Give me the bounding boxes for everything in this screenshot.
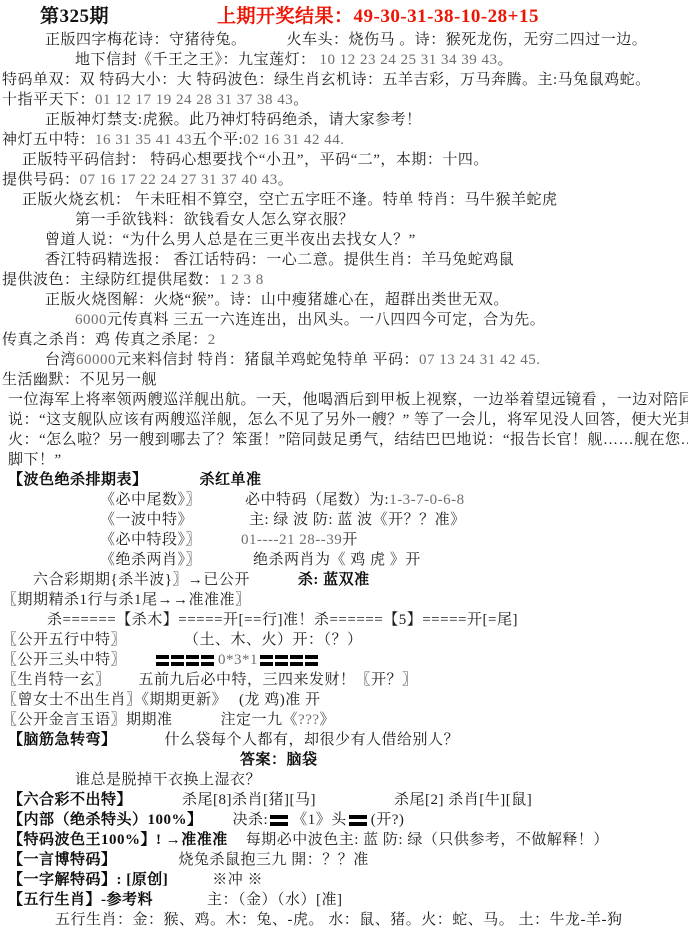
flat-envelope-text: 正版特平码信封： 特码心想要找个“小丑”，平码“二”，本期：十四。 xyxy=(22,150,489,170)
line-zodiac-mystery: 〖生肖特一玄〗五前九后必中特，三四来发财！〖开？〗 xyxy=(0,670,688,690)
must-hit-tail-label: 《必中尾数》〗 xyxy=(100,490,201,510)
lamp-five-numbers: 16 31 35 41 43 xyxy=(95,130,192,150)
fire-diagram-text: 正版火烧图解：火烧“猴”。诗：山中瘦猪雄心在，超群出类世无双。 xyxy=(45,290,509,310)
wave-king-text: 每期必中波色主: 蓝 防: 绿（只供参考，不做解释！） xyxy=(246,830,609,850)
line-wave-kill-table: 【波色绝杀排期表】杀红单准 xyxy=(0,470,688,490)
sheet: 第325期上期开奖结果：49-30-31-38-10-28+15正版四字梅花诗：… xyxy=(0,4,688,930)
line-must-hit-segment: 《必中特段》〗01----21 28--39 开 xyxy=(0,530,688,550)
line-humor-3: 火：“怎么啦？另一艘到哪去了？笨蛋！”陪同鼓足勇气，结结巴巴地说：“报告长官！舰… xyxy=(0,430,688,450)
one-word-bet-label: 【一言博特码】 xyxy=(8,850,117,870)
five-flat-numbers: 02 16 31 42 44 xyxy=(243,130,340,150)
three-heads-label: 〖公开三头中特〗 xyxy=(2,650,126,670)
line-special-odd-even: 特码单双：双 特码大小：大 特码波色：绿生肖玄机诗：五羊吉彩，万马奔腾。主:马兔… xyxy=(0,70,688,90)
provided-tails: 1 2 3 8 xyxy=(219,270,264,290)
one-char-solve-value: ※冲 ※ xyxy=(212,870,263,890)
humor-title: 生活幽默：不见另一舰 xyxy=(2,370,157,390)
humor-body: 火：“怎么啦？另一艘到哪去了？笨蛋！”陪同鼓足勇气，结结巴巴地说：“报告长官！舰… xyxy=(8,430,688,450)
ms-zeng-result: (龙 鸡)准 开 xyxy=(239,690,321,710)
line-lamp-forbid: 正版神灯禁支:虎猴。此乃神灯特码绝杀，请大家参考！ xyxy=(0,110,688,130)
line-no-special: 【六合彩不出特】杀尾[8]杀肖[猪][马]杀尾[2] 杀肖[牛][鼠] xyxy=(0,790,688,810)
one-char-solve-label: 【一字解特码】: [原创] xyxy=(8,870,168,890)
segment-range: 01----21 28--39 xyxy=(241,530,342,550)
period-title: 第325期 xyxy=(40,4,109,30)
line-one-wave: 《一波中特》主: 绿 波 防: 蓝 波《开？？准》 xyxy=(0,510,688,530)
one-wave-text: 主: 绿 波 防: 蓝 波《开？？准》 xyxy=(249,510,466,530)
black-bars-right xyxy=(260,655,320,666)
kill-two-zodiac-text: 绝杀两肖为《 鸡 虎 》开 xyxy=(253,550,421,570)
kill-half-wave-label: 六合彩期期{杀半波}〗→已公开 xyxy=(33,570,250,590)
money-tip-text: 第一手欲钱料：欲钱看女人怎么穿衣服？ xyxy=(75,210,354,230)
lamp-five-label: 神灯五中特： xyxy=(2,130,95,150)
xiangjiang-text: 香江特码精选报： 香江话特码：一心二意。提供生肖：羊马兔蛇鸡鼠 xyxy=(45,250,514,270)
ms-zeng-label: 〖曾女士不出生肖〗《期期更新》 xyxy=(2,690,227,710)
line-fire-mystery: 正版火烧玄机： 午未旺相不算空，空亡五字旺不逢。特单 特肖：马牛猴羊蛇虎 xyxy=(0,190,688,210)
line-one-word-bet: 【一言博特码】烧兔杀鼠抱三九 開：？？准 xyxy=(0,850,688,870)
plum-poem: 正版四字梅花诗：守猪待兔。 xyxy=(45,30,247,50)
line-lamp-five: 神灯五中特：16 31 35 41 43 五个平:02 16 31 42 44. xyxy=(0,130,688,150)
line-humor-1: 一位海军上将率领两艘巡洋舰出航。一天，他喝酒后到甲板上视察，一边举着望远镜看 ，… xyxy=(0,390,688,410)
bar-block xyxy=(171,655,184,666)
bar-block xyxy=(201,655,214,666)
period-mark: 。 xyxy=(278,170,294,190)
fax-kill-label: 传真之杀肖：鸡 传真之杀尾： xyxy=(2,330,208,350)
must-hit-tail-text: 必中特码（尾数）为: xyxy=(245,490,389,510)
kill-row-tail-text: 杀======【杀木】=====开[==行]准！杀======【5】=====开… xyxy=(47,610,518,630)
taiwan-text: 元来料信封 特肖：猪鼠羊鸡蛇兔特单 平码： xyxy=(116,350,419,370)
riddle-label: 【脑筋急转弯】 xyxy=(8,730,117,750)
line-fire-diagram: 正版火烧图解：火烧“猴”。诗：山中瘦猪雄心在，超群出类世无双。 xyxy=(0,290,688,310)
bar-block xyxy=(305,655,318,666)
line-wave-king: 【特码波色王100%】! →准准准每期必中波色主: 蓝 防: 绿（只供参考，不做… xyxy=(0,830,688,850)
black-bars-left xyxy=(156,655,216,666)
line-provided-wave: 提供波色：主绿防红提供尾数：1 2 3 8 xyxy=(0,270,688,290)
line-fax-6000: 6000 元传真料 三五一六连连出，出风头。一八四四今可定，合为先。 xyxy=(0,310,688,330)
internal-kill-head-label: 【内部（绝杀特头）100%】 xyxy=(8,810,203,830)
line-humor-2: 说：“这支舰队应该有两艘巡洋舰，怎么不见了另外一艘？” 等了一会儿，将军见没人回… xyxy=(0,410,688,430)
lamp-forbid-text: 正版神灯禁支:虎猴。此乃神灯特码绝杀，请大家参考！ xyxy=(45,110,422,130)
kill-head-value: 《1》头 xyxy=(292,810,347,830)
humor-body: 一位海军上将率领两艘巡洋舰出航。一天，他喝酒后到甲板上视察，一边举着望远镜看 ，… xyxy=(8,390,688,410)
fax-price: 6000 xyxy=(75,310,107,330)
line-humor-title: 生活幽默：不见另一舰 xyxy=(0,370,688,390)
provided-numbers: 07 16 17 22 24 27 31 37 40 43 xyxy=(80,170,278,190)
line-next-riddle: 谁总是脱掉干衣换上湿衣？ xyxy=(0,770,688,790)
fire-mystery-text: 正版火烧玄机： 午未旺相不算空，空亡五字旺不逢。特单 特肖：马牛猴羊蛇虎 xyxy=(22,190,558,210)
line-underground-envelope: 地下信封《千王之王》：九宝莲灯：10 12 23 24 25 31 34 39 … xyxy=(0,50,688,70)
envelope-label: 地下信封《千王之王》：九宝莲灯： xyxy=(75,50,316,70)
line-ten-fingers: 十指平天下：01 12 17 19 24 28 31 37 38 43。 xyxy=(0,90,688,110)
zodiac-mystery-label: 〖生肖特一玄〗 xyxy=(2,670,111,690)
kill-tail-8: 杀尾[8]杀肖[猪][马] xyxy=(182,790,316,810)
taiwan-price: 60000 xyxy=(76,350,116,370)
line-zengdaoren: 曾道人说：“为什么男人总是在三更半夜出去找女人？” xyxy=(0,230,688,250)
line-five-element-zodiac-ref: 【五行生肖】-参考料主：（金）（水）[准] xyxy=(0,890,688,910)
golden-words-unknown: ??? xyxy=(298,710,319,730)
ten-fingers-numbers: 01 12 17 19 24 28 31 37 38 43 xyxy=(95,90,293,110)
five-element-zodiac-label: 【五行生肖】-参考料 xyxy=(8,890,153,910)
humor-body: 脚下！” xyxy=(8,450,62,470)
line-money-tip: 第一手欲钱料：欲钱看女人怎么穿衣服？ xyxy=(0,210,688,230)
line-golden-words: 〖公开金言玉语〗期期准注定一九《???》 xyxy=(0,710,688,730)
five-elements-text: （土、木、火）开：（？） xyxy=(184,630,363,650)
bar-block xyxy=(186,655,199,666)
golden-words-text: 注定一九《 xyxy=(221,710,299,730)
provided-numbers-label: 提供号码： xyxy=(2,170,80,190)
header-line: 第325期上期开奖结果：49-30-31-38-10-28+15 xyxy=(0,4,688,30)
period-mark: 。 xyxy=(498,50,514,70)
line-riddle: 【脑筋急转弯】什么袋每个人都有，却很少有人借给别人？ xyxy=(0,730,688,750)
bar-block xyxy=(290,655,303,666)
golden-words-label: 〖公开金言玉语〗期期准 xyxy=(2,710,173,730)
bar-block xyxy=(260,655,273,666)
line-fax-kill: 传真之杀肖：鸡 传真之杀尾：2 xyxy=(0,330,688,350)
kill-blue-even: 杀: 蓝双准 xyxy=(298,570,370,590)
line-internal-kill-head: 【内部（绝杀特头）100%】决杀: 《1》头 (开?) xyxy=(0,810,688,830)
no-special-label: 【六合彩不出特】 xyxy=(8,790,132,810)
kill-decide-label: 决杀: xyxy=(233,810,269,830)
five-flat-label: 五个平: xyxy=(192,130,243,150)
line-xiangjiang: 香江特码精选报： 香江话特码：一心二意。提供生肖：羊马兔蛇鸡鼠 xyxy=(0,250,688,270)
bracket-close: 》 xyxy=(320,710,336,730)
one-wave-label: 《一波中特》 xyxy=(100,510,193,530)
riddle-question: 什么袋每个人都有，却很少有人借给别人？ xyxy=(165,730,460,750)
five-element-zodiac-list: 五行生肖：金：猴、鸡。木：兔、-虎。 水：鼠、猪。火：蛇、马。 土：牛龙-羊-狗 xyxy=(55,910,623,930)
line-kill-half-wave: 六合彩期期{杀半波}〗→已公开杀: 蓝双准 xyxy=(0,570,688,590)
zengdaoren-text: 曾道人说：“为什么男人总是在三更半夜出去找女人？” xyxy=(45,230,416,250)
wave-kill-table-label: 【波色绝杀排期表】 xyxy=(8,470,148,490)
next-riddle-question: 谁总是脱掉干衣换上湿衣？ xyxy=(75,770,261,790)
ten-fingers-label: 十指平天下： xyxy=(2,90,95,110)
train-head-poem: 火车头：烧伤马 。诗：猴死龙伤，无穷二四过一边。 xyxy=(287,30,648,50)
kill-two-zodiac-label: 《绝杀两肖》〗 xyxy=(100,550,201,570)
kill-red-odd: 杀红单准 xyxy=(200,470,262,490)
line-riddle-answer: 答案：脑袋 xyxy=(0,750,688,770)
open-unknown: (开?) xyxy=(371,810,405,830)
line-kill-row-tail: 杀======【杀木】=====开[==行]准！杀======【5】=====开… xyxy=(0,610,688,630)
line-kill-row-tail-title: 〖期期精杀1行与杀1尾→→准准准〗 xyxy=(0,590,688,610)
period-mark: 。 xyxy=(293,90,309,110)
humor-body: 说：“这支舰队应该有两艘巡洋舰，怎么不见了另外一艘？” 等了一会儿，将军见没人回… xyxy=(8,410,688,430)
lottery-tip-sheet: 第325期上期开奖结果：49-30-31-38-10-28+15正版四字梅花诗：… xyxy=(0,0,688,937)
line-kill-two-zodiac: 《绝杀两肖》〗绝杀两肖为《 鸡 虎 》开 xyxy=(0,550,688,570)
bar-block xyxy=(349,815,367,826)
last-draw-result: 上期开奖结果：49-30-31-38-10-28+15 xyxy=(217,4,539,30)
dot: . xyxy=(340,130,344,150)
kill-tail-2: 杀尾[2] 杀肖[牛][鼠] xyxy=(394,790,532,810)
kill-row-tail-title: 〖期期精杀1行与杀1尾→→准准准〗 xyxy=(2,590,251,610)
line-three-heads: 〖公开三头中特〗0*3*1 xyxy=(0,650,688,670)
five-element-zodiac-main: 主：（金）（水）[准] xyxy=(207,890,343,910)
bar-block xyxy=(270,815,288,826)
fax-kill-tail: 2 xyxy=(208,330,216,350)
riddle-answer: 答案：脑袋 xyxy=(240,750,318,770)
fax-text: 元传真料 三五一六连连出，出风头。一八四四今可定，合为先。 xyxy=(107,310,545,330)
dot: . xyxy=(536,350,540,370)
three-heads-value: 0*3*1 xyxy=(218,650,258,670)
provided-wave-label: 提供波色：主绿防红提供尾数： xyxy=(2,270,219,290)
wave-king-label: 【特码波色王100%】! →准准准 xyxy=(8,830,228,850)
bar-block xyxy=(156,655,169,666)
line-one-char-solve: 【一字解特码】: [原创]※冲 ※ xyxy=(0,870,688,890)
line-provided-numbers: 提供号码：07 16 17 22 24 27 31 37 40 43。 xyxy=(0,170,688,190)
must-hit-segment-label: 《必中特段》〗 xyxy=(100,530,201,550)
line-taiwan: 台湾 60000 元来料信封 特肖：猪鼠羊鸡蛇兔特单 平码：07 13 24 3… xyxy=(0,350,688,370)
open-label: 开 xyxy=(342,530,358,550)
line-five-elements: 〖公开五行中特〗（土、木、火）开：（？） xyxy=(0,630,688,650)
line-humor-4: 脚下！” xyxy=(0,450,688,470)
bar-block xyxy=(275,655,288,666)
line-five-element-zodiac-list: 五行生肖：金：猴、鸡。木：兔、-虎。 水：鼠、猪。火：蛇、马。 土：牛龙-羊-狗 xyxy=(0,910,688,930)
taiwan-label: 台湾 xyxy=(45,350,76,370)
line-ms-zeng: 〖曾女士不出生肖〗《期期更新》(龙 鸡)准 开 xyxy=(0,690,688,710)
special-code-attrs: 特码单双：双 特码大小：大 特码波色：绿生肖玄机诗：五羊吉彩，万马奔腾。主:马兔… xyxy=(2,70,651,90)
zodiac-mystery-text: 五前九后必中特，三四来发财！〖开？〗 xyxy=(139,670,418,690)
taiwan-numbers: 07 13 24 31 42 45 xyxy=(419,350,536,370)
line-flat-envelope: 正版特平码信封： 特码心想要找个“小丑”，平码“二”，本期：十四。 xyxy=(0,150,688,170)
line-must-hit-tail: 《必中尾数》〗必中特码（尾数）为: 1-3-7-0-6-8 xyxy=(0,490,688,510)
black-bar-left xyxy=(270,815,290,826)
five-elements-label: 〖公开五行中特〗 xyxy=(2,630,126,650)
black-bar-right xyxy=(349,815,369,826)
must-hit-tail-numbers: 1-3-7-0-6-8 xyxy=(389,490,464,510)
line-plum-poem: 正版四字梅花诗：守猪待兔。火车头：烧伤马 。诗：猴死龙伤，无穷二四过一边。 xyxy=(0,30,688,50)
envelope-numbers: 10 12 23 24 25 31 34 39 43 xyxy=(320,50,498,70)
one-word-bet-text: 烧兔杀鼠抱三九 開：？？准 xyxy=(179,850,369,870)
